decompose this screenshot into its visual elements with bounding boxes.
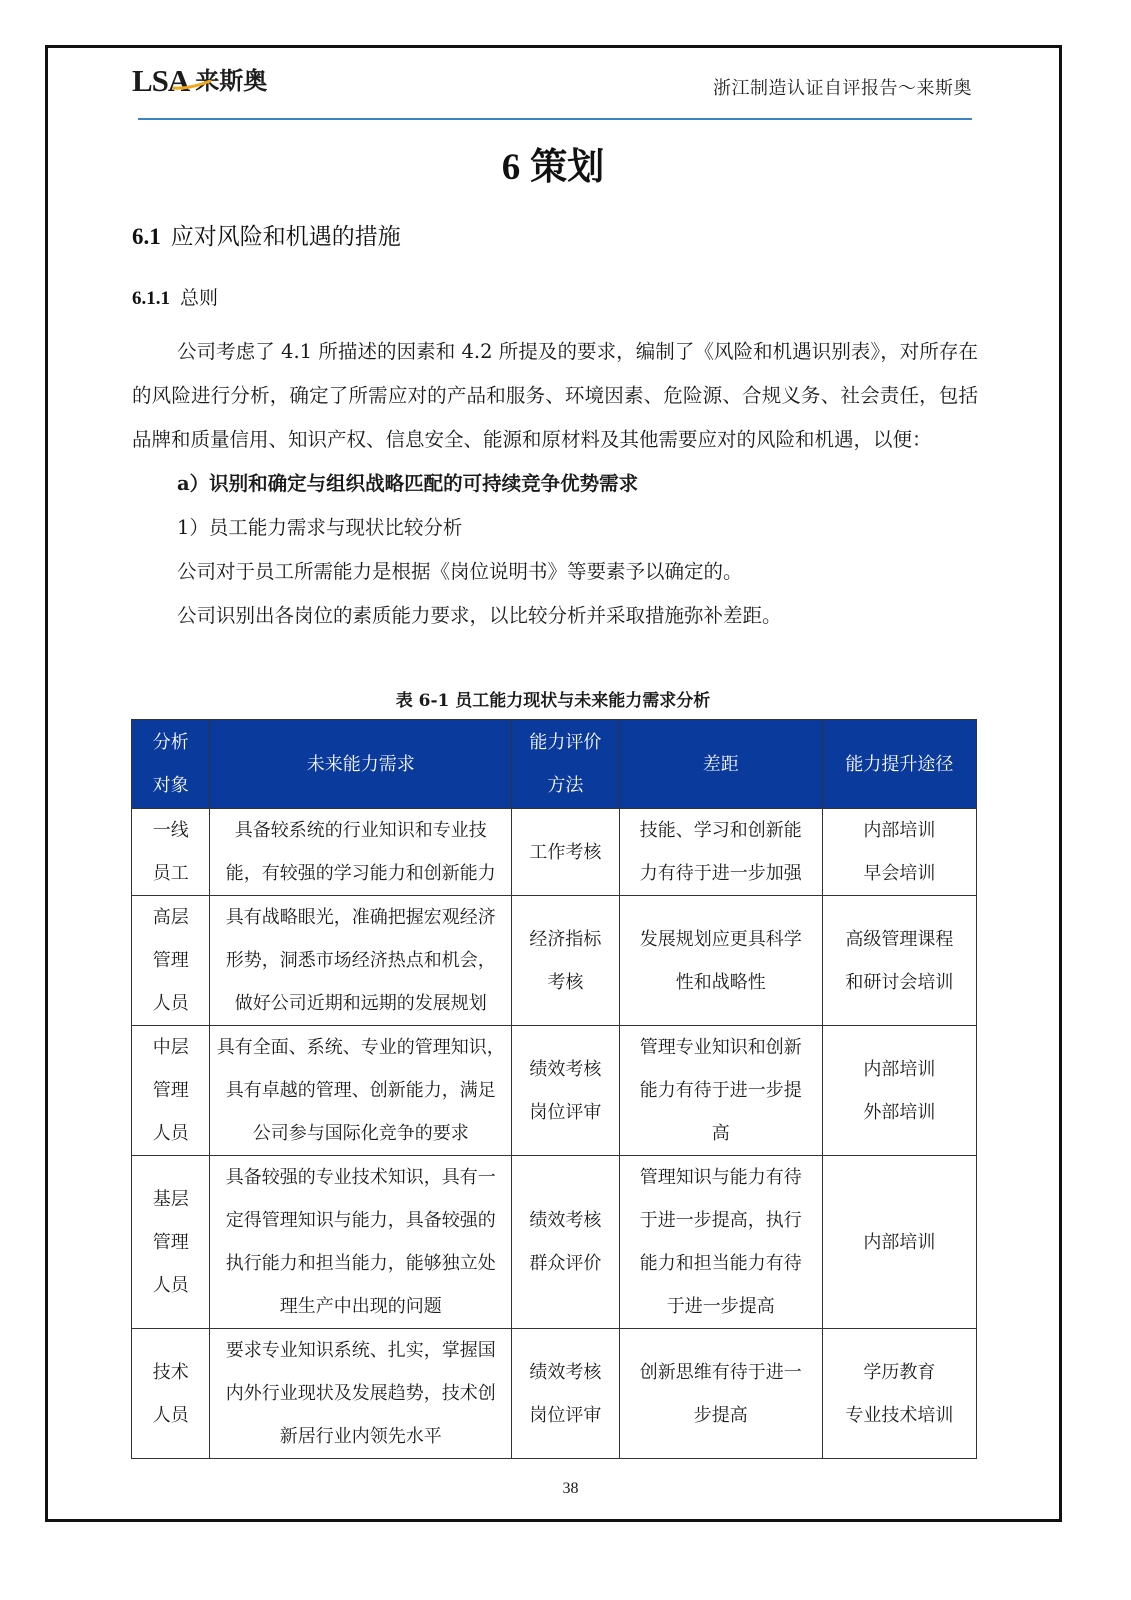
header-method: 能力评价 方法 [512, 720, 620, 809]
table-row: 中层管理人员具有全面、系统、专业的管理知识，具有卓越的管理、创新能力，满足公司参… [132, 1026, 977, 1156]
cell-method: 绩效考核岗位评审 [512, 1026, 620, 1156]
header-requirement: 未来能力需求 [210, 720, 512, 809]
header-object: 分析 对象 [132, 720, 210, 809]
cell-requirement: 具备较系统的行业知识和专业技能，有较强的学习能力和创新能力 [210, 809, 512, 896]
cell-path: 高级管理课程和研讨会培训 [822, 896, 976, 1026]
header-divider [138, 118, 972, 120]
section-heading: 6.1应对风险和机遇的措施 [132, 218, 401, 251]
cell-requirement: 具有战略眼光，准确把握宏观经济形势，洞悉市场经济热点和机会，做好公司近期和远期的… [210, 896, 512, 1026]
cell-object: 一线员工 [132, 809, 210, 896]
cell-path: 学历教育专业技术培训 [822, 1329, 976, 1459]
cell-path: 内部培训 [822, 1156, 976, 1329]
chapter-title: 策划 [530, 144, 604, 188]
page-number: 38 [0, 1480, 1131, 1498]
table-row: 一线员工具备较系统的行业知识和专业技能，有较强的学习能力和创新能力工作考核技能、… [132, 809, 977, 896]
table-row: 基层管理人员具备较强的专业技术知识，具有一定得管理知识与能力，具备较强的执行能力… [132, 1156, 977, 1329]
cell-gap: 技能、学习和创新能力有待于进一步加强 [619, 809, 822, 896]
cell-requirement: 具备较强的专业技术知识，具有一定得管理知识与能力，具备较强的执行能力和担当能力，… [210, 1156, 512, 1329]
intro-paragraph: 公司考虑了 4.1 所描述的因素和 4.2 所提及的要求，编制了《风险和机遇识别… [132, 330, 978, 462]
cell-path: 内部培训早会培训 [822, 809, 976, 896]
logo-swoosh-icon [172, 80, 212, 90]
section-number: 6.1 [132, 224, 161, 249]
cell-method: 经济指标考核 [512, 896, 620, 1026]
cell-gap: 创新思维有待于进一步提高 [619, 1329, 822, 1459]
cell-gap: 管理知识与能力有待于进一步提高，执行能力和担当能力有待于进一步提高 [619, 1156, 822, 1329]
section-title: 应对风险和机遇的措施 [171, 224, 401, 250]
body-text: 公司考虑了 4.1 所描述的因素和 4.2 所提及的要求，编制了《风险和机遇识别… [132, 330, 978, 638]
cell-object: 基层管理人员 [132, 1156, 210, 1329]
table-caption: 表 6-1 员工能力现状与未来能力需求分析 [0, 686, 1106, 711]
chapter-heading: 6策划 [0, 136, 1106, 190]
paragraph-line-1: 公司对于员工所需能力是根据《岗位说明书》等要素予以确定的。 [132, 550, 978, 594]
header-path: 能力提升途径 [822, 720, 976, 809]
cell-object: 技术人员 [132, 1329, 210, 1459]
document-title: 浙江制造认证自评报告～来斯奥 [713, 74, 972, 100]
cell-gap: 发展规划应更具科学性和战略性 [619, 896, 822, 1026]
cell-requirement: 具有全面、系统、专业的管理知识，具有卓越的管理、创新能力，满足公司参与国际化竞争… [210, 1026, 512, 1156]
table-body: 一线员工具备较系统的行业知识和专业技能，有较强的学习能力和创新能力工作考核技能、… [132, 809, 977, 1459]
cell-gap: 管理专业知识和创新能力有待于进一步提高 [619, 1026, 822, 1156]
list-item-1: 1）员工能力需求与现状比较分析 [132, 506, 978, 550]
subsection-title: 总则 [180, 287, 218, 309]
cell-requirement: 要求专业知识系统、扎实，掌握国内外行业现状及发展趋势，技术创新居行业内领先水平 [210, 1329, 512, 1459]
cell-method: 绩效考核群众评价 [512, 1156, 620, 1329]
table-header-row: 分析 对象 未来能力需求 能力评价 方法 差距 能力提升途径 [132, 720, 977, 809]
capability-analysis-table: 分析 对象 未来能力需求 能力评价 方法 差距 能力提升途径 一线员工具备较系统… [131, 719, 977, 1459]
header-gap: 差距 [619, 720, 822, 809]
chapter-number: 6 [502, 147, 521, 188]
page-header: LSA 来斯奥 浙江制造认证自评报告～来斯奥 [132, 58, 972, 120]
paragraph-line-2: 公司识别出各岗位的素质能力要求，以比较分析并采取措施弥补差距。 [132, 594, 978, 638]
cell-method: 绩效考核岗位评审 [512, 1329, 620, 1459]
subsection-heading: 6.1.1总则 [132, 283, 218, 310]
cell-method: 工作考核 [512, 809, 620, 896]
company-logo: LSA 来斯奥 [132, 62, 267, 96]
subsection-number: 6.1.1 [132, 288, 170, 309]
table-row: 高层管理人员具有战略眼光，准确把握宏观经济形势，洞悉市场经济热点和机会，做好公司… [132, 896, 977, 1026]
cell-object: 中层管理人员 [132, 1026, 210, 1156]
cell-object: 高层管理人员 [132, 896, 210, 1026]
table-row: 技术人员要求专业知识系统、扎实，掌握国内外行业现状及发展趋势，技术创新居行业内领… [132, 1329, 977, 1459]
list-item-a: a）识别和确定与组织战略匹配的可持续竞争优势需求 [132, 462, 978, 506]
cell-path: 内部培训外部培训 [822, 1026, 976, 1156]
